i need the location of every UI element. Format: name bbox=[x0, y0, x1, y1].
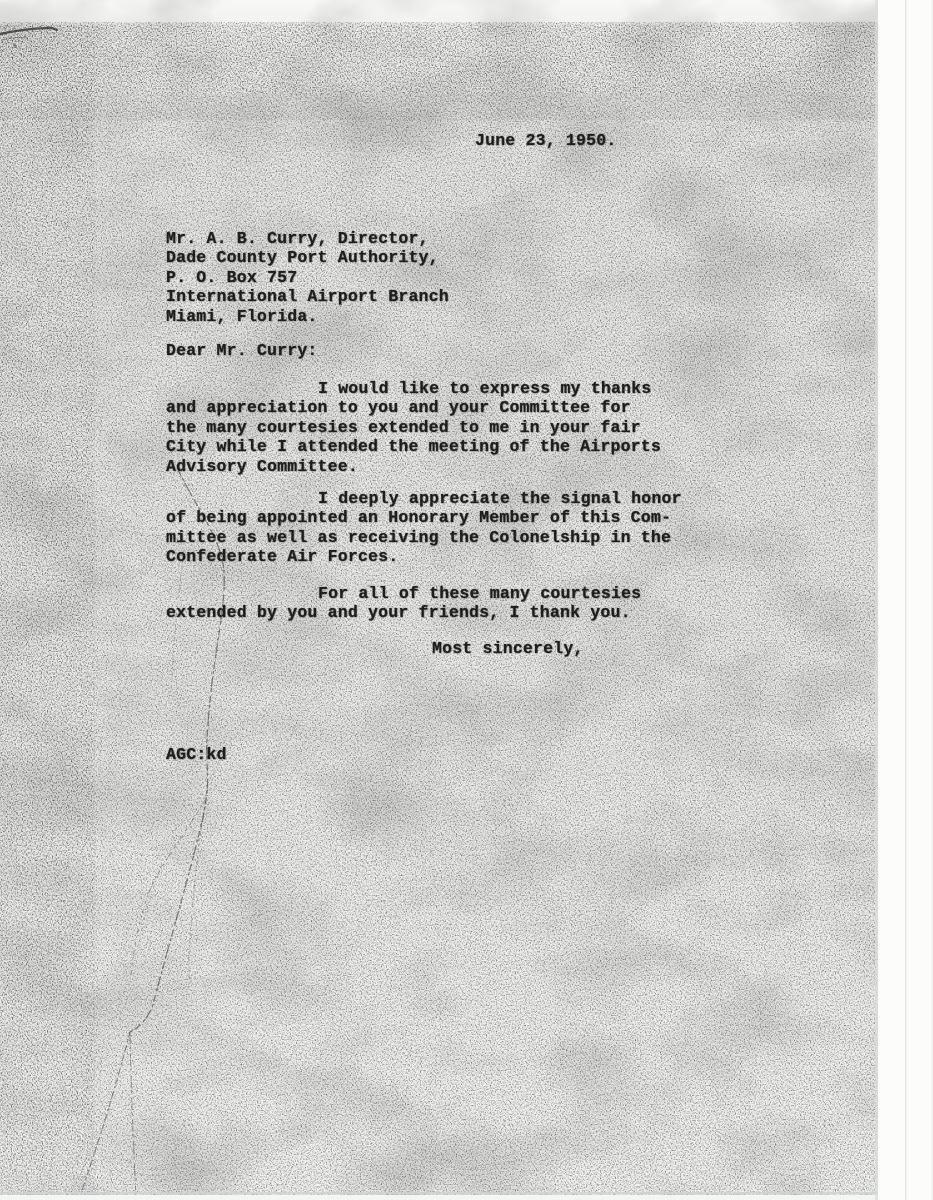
scanned-letter-page: June 23, 1950. Mr. A. B. Curry, Director… bbox=[0, 0, 933, 1200]
recipient-address: Mr. A. B. Curry, Director, Dade County P… bbox=[166, 229, 449, 326]
reference-initials: AGC:kd bbox=[166, 745, 227, 764]
body-paragraph-3: For all of these many courtesies extende… bbox=[166, 584, 641, 623]
salutation: Dear Mr. Curry: bbox=[166, 341, 318, 360]
body-paragraph-1: I would like to express my thanks and ap… bbox=[166, 379, 661, 476]
letter-date: June 23, 1950. bbox=[475, 131, 616, 150]
complimentary-closing: Most sincerely, bbox=[432, 639, 584, 658]
body-paragraph-2: I deeply appreciate the signal honor of … bbox=[166, 489, 682, 567]
